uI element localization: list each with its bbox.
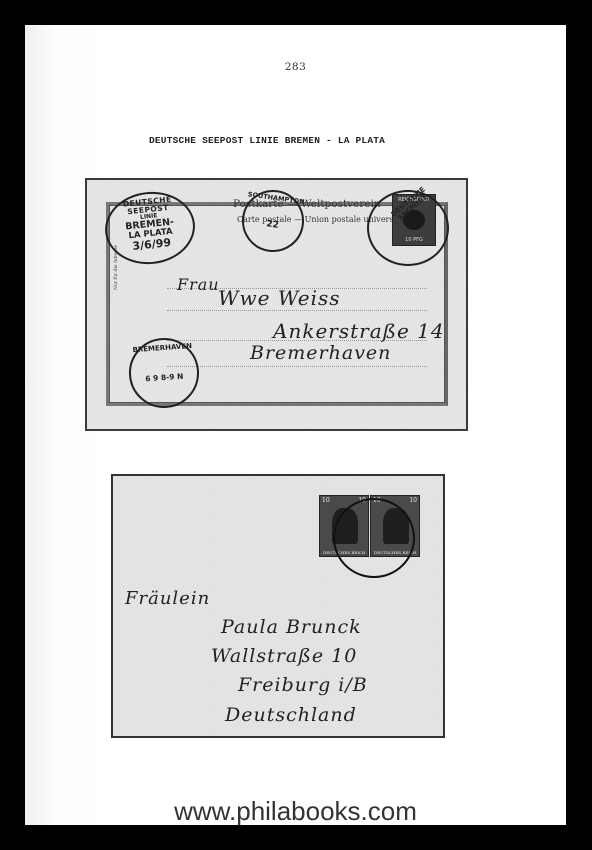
handwritten-address-line: Fräulein xyxy=(125,588,210,609)
watermark-url: www.philabooks.com xyxy=(25,796,566,826)
cancel-ring-text: DEUTSCHE SEEPOST xyxy=(379,177,444,235)
envelope-cancel-stamp xyxy=(333,498,415,578)
book-page: 283 DEUTSCHE SEEPOST LINIE BREMEN - LA P… xyxy=(25,25,566,825)
handwritten-address-line: Wwe Weiss xyxy=(218,286,341,310)
cancel-text: 22 xyxy=(265,220,279,231)
handwritten-address-line: Freiburg i/B xyxy=(238,674,368,696)
handwritten-address-line: Bremerhaven xyxy=(250,342,391,364)
stamp-value: 10 xyxy=(409,497,417,504)
handwritten-address-line: Wallstraße 10 xyxy=(211,645,357,667)
address-line xyxy=(167,366,427,367)
envelope-image: 10 10 DEUTSCHES REICH 10 10 DEUTSCHES RE… xyxy=(111,474,445,738)
handwritten-address-line: Ankerstraße 14 xyxy=(273,319,445,343)
cancel-ring-text: BREMERHAVEN xyxy=(132,343,192,354)
handwritten-address-line: Paula Brunck xyxy=(221,616,362,638)
cancel-ring-text: SOUTHAMPTON xyxy=(247,191,304,206)
postcard-image: Postkarte — Weltpostverein Carte postale… xyxy=(85,178,468,431)
cancel-date: 3/6/99 xyxy=(132,237,172,253)
seepost-stamp-cancel: DEUTSCHE SEEPOST xyxy=(367,190,449,266)
cancel-date: 6 9 8-9 N xyxy=(145,373,184,384)
handwritten-address-line: Frau xyxy=(177,275,220,294)
stamp-value: 10 xyxy=(322,497,330,504)
handwritten-address-line: Deutschland xyxy=(225,704,357,726)
address-line xyxy=(167,310,427,311)
page-number: 283 xyxy=(25,61,566,73)
page-heading: DEUTSCHE SEEPOST LINIE BREMEN - LA PLATA xyxy=(149,135,385,146)
